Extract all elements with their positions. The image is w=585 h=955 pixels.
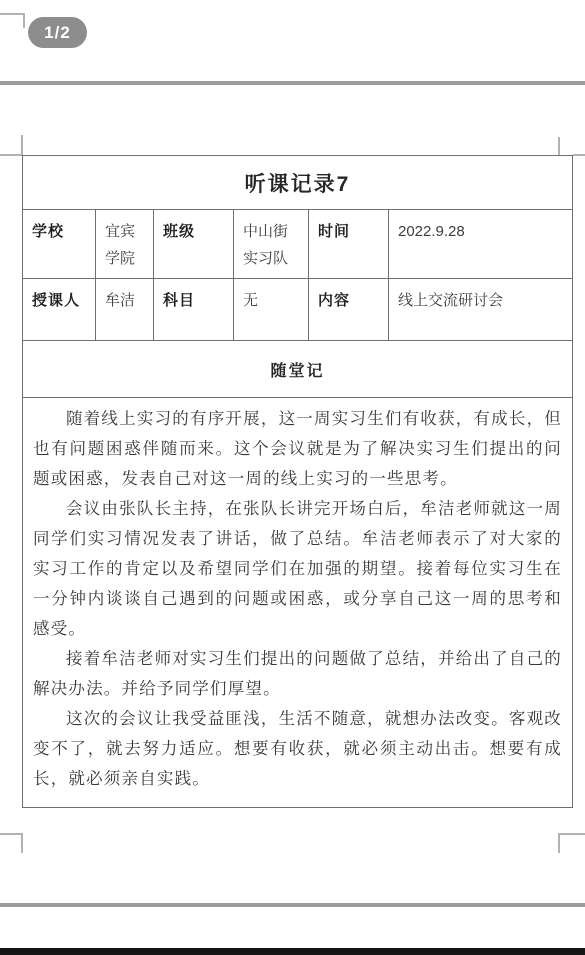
margin-mark-top-strip-vertical [23, 13, 25, 28]
margin-mark-top-left-ext [0, 154, 22, 156]
info-label-lecturer: 授课人 [23, 279, 96, 340]
margin-mark-top-right [558, 137, 560, 155]
margin-mark-top-right-ext [573, 154, 585, 156]
section-heading-row: 随堂记 [23, 341, 572, 398]
notes-paragraph: 随着线上实习的有序开展，这一周实习生们有收获，有成长，但也有问题困惑伴随而来。这… [33, 404, 562, 494]
info-row-1: 学校 宜宾学院 班级 中山街实习队 时间 2022.9.28 [23, 210, 572, 279]
info-value-school: 宜宾学院 [96, 210, 154, 278]
notes-paragraph: 接着牟洁老师对实习生们提出的问题做了总结，并给出了自己的解决办法。并给予同学们厚… [33, 644, 562, 704]
page-indicator-badge: 1/2 [28, 17, 87, 48]
info-label-school: 学校 [23, 210, 96, 278]
info-value-class: 中山街实习队 [234, 210, 309, 278]
page-indicator-label: 1/2 [44, 23, 71, 43]
section-heading: 随堂记 [270, 358, 324, 381]
margin-mark-bottom-right-v [558, 833, 560, 853]
page-separator-bottom [0, 903, 585, 907]
notes-paragraph: 这次的会议让我受益匪浅，生活不随意，就想办法改变。客观改变不了，就去努力适应。想… [33, 704, 562, 794]
record-table: 听课记录7 学校 宜宾学院 班级 中山街实习队 时间 2022.9.28 授课人… [22, 155, 573, 808]
notes-body-row: 随着线上实习的有序开展，这一周实习生们有收获，有成长，但也有问题困惑伴随而来。这… [23, 398, 572, 807]
margin-mark-bottom-left-h [0, 833, 22, 835]
info-value-lecturer: 牟洁 [96, 279, 154, 340]
margin-mark-top-strip-horizontal [0, 13, 24, 15]
margin-mark-bottom-left-v [21, 833, 23, 853]
info-value-time: 2022.9.28 [389, 210, 572, 278]
info-label-content: 内容 [309, 279, 389, 340]
table-title-row: 听课记录7 [23, 156, 572, 210]
document-viewer-page[interactable]: 1/2 听课记录7 学校 宜宾学院 班级 中山街实习队 时间 2022.9.28… [0, 0, 585, 955]
page-separator-top [0, 81, 585, 85]
info-value-subject: 无 [234, 279, 309, 340]
notes-text: 随着线上实习的有序开展，这一周实习生们有收获，有成长，但也有问题困惑伴随而来。这… [23, 398, 572, 807]
info-label-time: 时间 [309, 210, 389, 278]
bottom-edge-bar [0, 948, 585, 955]
info-label-class: 班级 [154, 210, 234, 278]
info-value-content: 线上交流研讨会 [389, 279, 572, 340]
margin-mark-top-left [21, 135, 23, 155]
notes-paragraph: 会议由张队长主持，在张队长讲完开场白后，牟洁老师就这一周同学们实习情况发表了讲话… [33, 494, 562, 644]
info-label-subject: 科目 [154, 279, 234, 340]
doc-title: 听课记录7 [245, 168, 351, 198]
info-row-2: 授课人 牟洁 科目 无 内容 线上交流研讨会 [23, 279, 572, 341]
margin-mark-bottom-right-h [559, 833, 585, 835]
